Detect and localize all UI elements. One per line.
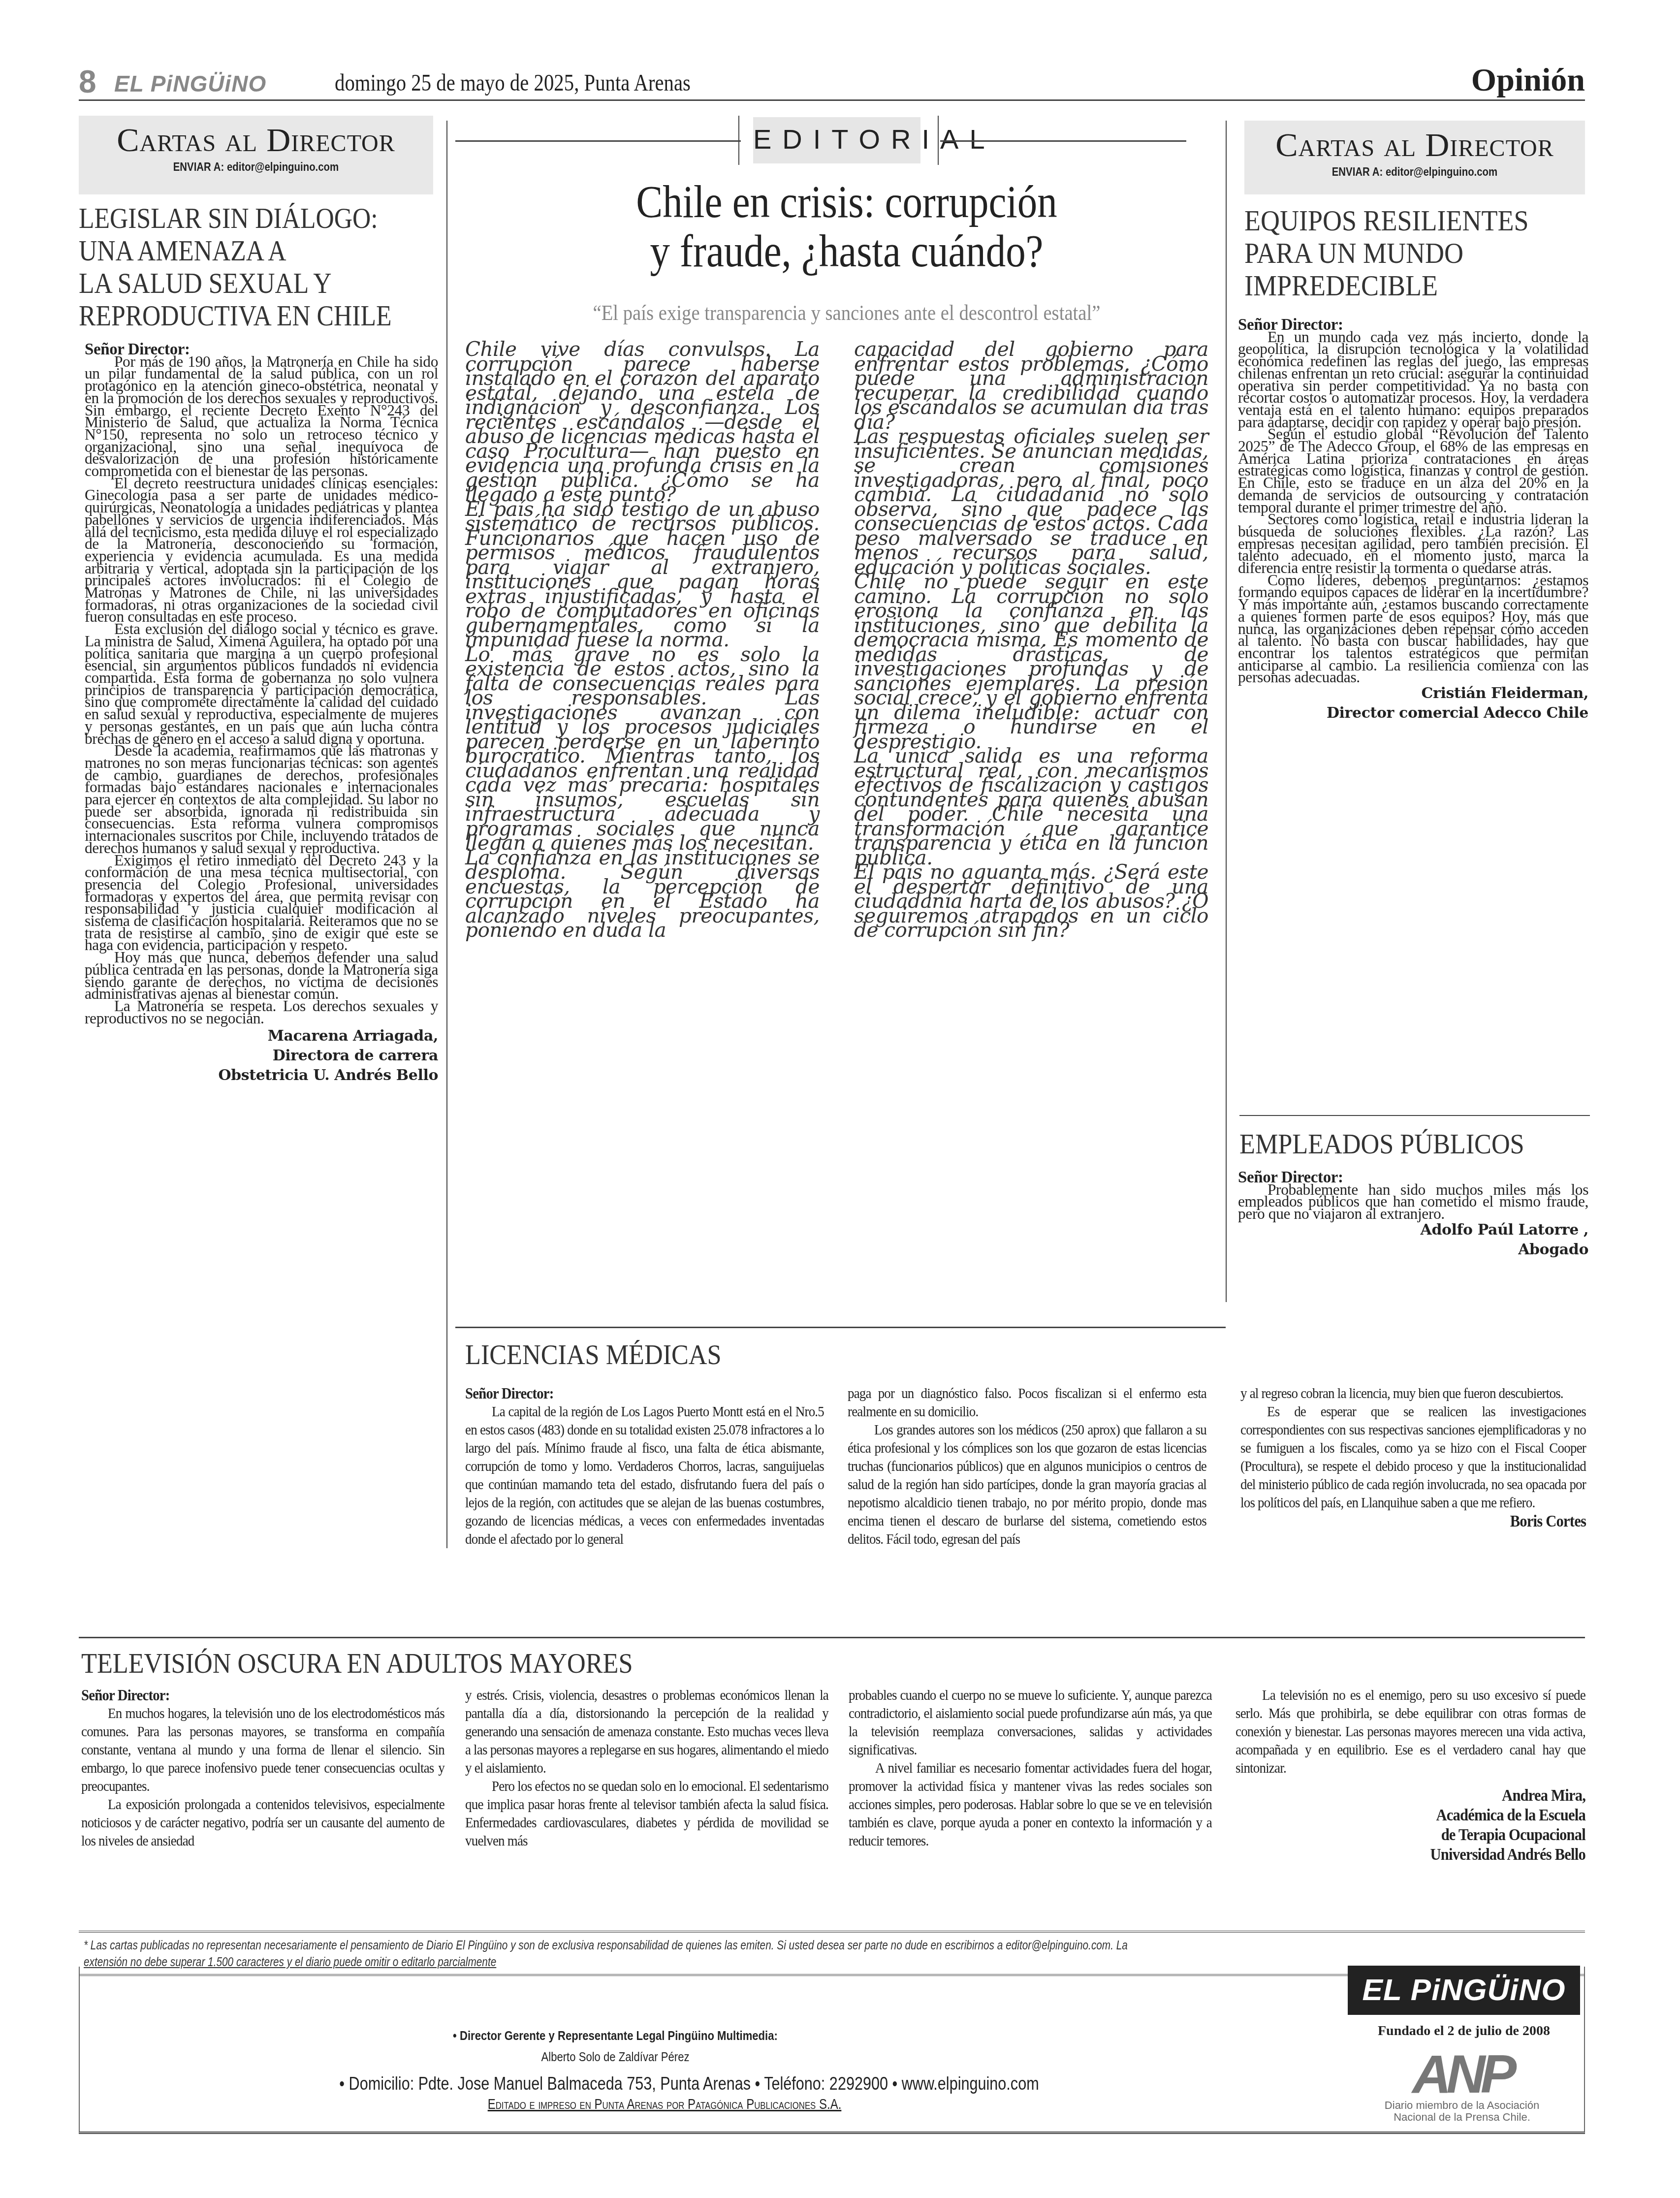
signature-line: Andrea Mira,	[1236, 1786, 1585, 1806]
signature: Adolfo Paúl Latorre , Abogado	[1238, 1220, 1588, 1260]
editorial-headline: Chile en crisis: corrupción y fraude, ¿h…	[525, 177, 1168, 276]
letter-body-legislar: Señor Director: Por más de 190 años, la …	[85, 344, 438, 1085]
title-line: IMPREDECIBLE	[1244, 269, 1554, 302]
letter-divider	[1239, 1115, 1590, 1116]
paragraph: Los grandes autores son los médicos (250…	[848, 1421, 1206, 1548]
cartas-title: Cartas al Director	[1244, 126, 1585, 164]
editorial-column-2: capacidad del gobierno para enfrentar es…	[854, 342, 1208, 938]
paragraph: El decreto reestructura unidades clínica…	[85, 478, 438, 623]
letter-body-empleados: Señor Director: Probablemente han sido m…	[1238, 1172, 1588, 1260]
paragraph: Hoy más que nunca, debemos defender una …	[85, 952, 438, 1000]
paragraph: El país ha sido testigo de un abuso sist…	[465, 502, 820, 647]
paragraph: La capital de la región de Los Lagos Pue…	[465, 1402, 824, 1548]
disclaimer-line: * Las cartas publicadas no representan n…	[84, 1937, 1281, 1953]
editorial-rule-right	[940, 140, 1186, 142]
page-number: 8	[79, 64, 96, 100]
paragraph: Es de esperar que se realicen las invest…	[1240, 1402, 1586, 1512]
title-line: REPRODUCTIVA EN CHILE	[79, 299, 417, 332]
title-line: LEGISLAR SIN DIÁLOGO:	[79, 202, 417, 234]
paragraph: En un mundo cada vez más incierto, donde…	[1238, 331, 1588, 429]
editorial-bottom-rule	[455, 1327, 1226, 1328]
paragraph: Las respuestas oficiales suelen ser insu…	[854, 429, 1208, 574]
paragraph: La confianza en las instituciones se des…	[465, 851, 820, 938]
signature-line: Académica de la Escuela	[1236, 1806, 1585, 1825]
paragraph: Según el estudio global “Revolución del …	[1238, 428, 1588, 513]
paragraph: La Matronería se respeta. Los derechos s…	[85, 1000, 438, 1024]
cartas-email[interactable]: ENVIAR A: editor@elpinguino.com	[105, 160, 407, 174]
headline-line: Chile en crisis: corrupción	[525, 177, 1168, 226]
editorial-label: EDITORIAL	[753, 117, 920, 163]
tv-column-2: y estrés. Crisis, violencia, desastres o…	[465, 1686, 828, 1850]
editorial-rule-tick	[938, 116, 939, 165]
paragraph: paga por un diagnóstico falso. Pocos fis…	[848, 1384, 1206, 1421]
letter-title-empleados: EMPLEADOS PÚBLICOS	[1239, 1127, 1524, 1160]
date-place: domingo 25 de mayo de 2025, Punta Arenas	[335, 69, 691, 96]
paragraph: Como líderes, debemos preguntarnos: ¿est…	[1238, 574, 1588, 684]
section-title: Opinión	[1471, 62, 1585, 99]
licencias-column-1: Señor Director: La capital de la región …	[465, 1384, 824, 1548]
letter-title-legislar: LEGISLAR SIN DIÁLOGO: UNA AMENAZA A LA S…	[79, 202, 417, 332]
page-header: 8 EL PiNGÜiNO domingo 25 de mayo de 2025…	[79, 62, 1585, 101]
paragraph: La televisión no es el enemigo, pero su …	[1236, 1686, 1585, 1777]
paragraph: Exigimos el retiro inmediato del Decreto…	[85, 855, 438, 952]
column-divider	[446, 121, 447, 1548]
founded-date: Fundado el 2 de julio de 2008	[1348, 2023, 1580, 2039]
signature-line: Adolfo Paúl Latorre ,	[1238, 1220, 1588, 1240]
headline-line: y fraude, ¿hasta cuándo?	[525, 226, 1168, 276]
printer-line: Editado e impreso en Punta Arenas por Pa…	[369, 2096, 960, 2113]
cartas-box-left: Cartas al Director ENVIAR A: editor@elpi…	[79, 116, 433, 194]
paragraph: Por más de 190 años, la Matronería en Ch…	[85, 356, 438, 478]
brand-logo: EL PiNGÜiNO	[114, 70, 266, 97]
signature: Cristián Fleiderman, Director comercial …	[1238, 684, 1588, 723]
paragraph: Pero los efectos no se quedan solo en lo…	[465, 1777, 828, 1850]
paragraph: Chile vive días convulsos. La corrupción…	[465, 342, 820, 502]
editorial-subtitle: “El país exige transparencia y sanciones…	[509, 300, 1185, 325]
paragraph: y al regreso cobran la licencia, muy bie…	[1240, 1384, 1586, 1402]
editorial-rule-left	[455, 140, 741, 142]
title-line: LA SALUD SEXUAL Y	[79, 267, 417, 299]
signature: Boris Cortes	[1240, 1512, 1586, 1531]
title-line: UNA AMENAZA A	[79, 234, 417, 267]
letter-title-television: TELEVISIÓN OSCURA EN ADULTOS MAYORES	[81, 1647, 633, 1680]
paragraph: Chile no puede seguir en este camino. La…	[854, 574, 1208, 749]
signature-line: Universidad Andrés Bello	[1236, 1845, 1585, 1865]
salutation: Señor Director:	[465, 1384, 824, 1402]
title-line: PARA UN MUNDO	[1244, 237, 1554, 269]
anp-caption-line: Diario miembro de la Asociación	[1359, 2100, 1565, 2111]
paragraph: Esta exclusión del diálogo social y técn…	[85, 623, 438, 745]
signature-line: Directora de carrera	[85, 1046, 438, 1066]
editorial-rule-tick	[738, 116, 739, 165]
paragraph: Probablemente han sido muchos miles más …	[1238, 1184, 1588, 1220]
tv-column-4: La televisión no es el enemigo, pero su …	[1236, 1686, 1585, 1865]
letter-body-equipos: Señor Director: En un mundo cada vez más…	[1238, 319, 1588, 723]
editorial-column-1: Chile vive días convulsos. La corrupción…	[465, 342, 820, 938]
column-divider	[1226, 121, 1227, 1302]
letter-title-equipos: EQUIPOS RESILIENTES PARA UN MUNDO IMPRED…	[1244, 204, 1554, 302]
paragraph: Desde la academia, reafirmamos que las m…	[85, 745, 438, 854]
paragraph: capacidad del gobierno para enfrentar es…	[854, 342, 1208, 429]
paragraph: La exposición prolongada a contenidos te…	[81, 1795, 444, 1850]
cartas-email[interactable]: ENVIAR A: editor@elpinguino.com	[1270, 165, 1559, 179]
signature-line: Cristián Fleiderman,	[1238, 684, 1588, 703]
signature-line: Macarena Arriagada,	[85, 1026, 438, 1046]
signature-line: Director comercial Adecco Chile	[1238, 703, 1588, 723]
address-line[interactable]: • Domicilio: Pdte. Jose Manuel Balmaceda…	[229, 2073, 1149, 2094]
paragraph: El país no aguanta más. ¿Será este el de…	[854, 865, 1208, 938]
anp-logo-icon: ANP	[1398, 2043, 1526, 2105]
paragraph: y estrés. Crisis, violencia, desastres o…	[465, 1686, 828, 1777]
title-line: EQUIPOS RESILIENTES	[1244, 204, 1554, 237]
paragraph: Sectores como logística, retail e indust…	[1238, 513, 1588, 574]
section-divider	[79, 1637, 1585, 1638]
cartas-title: Cartas al Director	[79, 121, 433, 159]
letter-title-licencias: LICENCIAS MÉDICAS	[465, 1338, 722, 1371]
paragraph: Lo más grave no es solo la existencia de…	[465, 647, 820, 851]
tv-column-1: Señor Director: En muchos hogares, la te…	[81, 1686, 444, 1850]
licencias-column-2: paga por un diagnóstico falso. Pocos fis…	[848, 1384, 1206, 1548]
tv-column-3: probables cuando el cuerpo no se mueve l…	[849, 1686, 1212, 1850]
cartas-box-right: Cartas al Director ENVIAR A: editor@elpi…	[1244, 121, 1585, 194]
paragraph: A nivel familiar es necesario fomentar a…	[849, 1759, 1212, 1850]
paragraph: probables cuando el cuerpo no se mueve l…	[849, 1686, 1212, 1759]
salutation: Señor Director:	[81, 1686, 444, 1704]
paragraph: En muchos hogares, la televisión uno de …	[81, 1704, 444, 1795]
anp-caption: Diario miembro de la Asociación Nacional…	[1359, 2100, 1565, 2123]
director-label: • Director Gerente y Representante Legal…	[260, 2028, 971, 2043]
director-name: Alberto Solo de Zaldívar Pérez	[260, 2049, 971, 2065]
footer-logo: EL PiNGÜiNO	[1348, 1966, 1580, 2015]
paragraph: La única salida es una reforma estructur…	[854, 749, 1208, 865]
signature-line: Abogado	[1238, 1240, 1588, 1260]
signature: Andrea Mira, Académica de la Escuela de …	[1236, 1786, 1585, 1865]
signature: Macarena Arriagada, Directora de carrera…	[85, 1026, 438, 1085]
anp-caption-line: Nacional de la Prensa Chile.	[1359, 2111, 1565, 2123]
licencias-column-3: y al regreso cobran la licencia, muy bie…	[1240, 1384, 1586, 1531]
signature-line: Obstetricia U. Andrés Bello	[85, 1066, 438, 1085]
signature-line: de Terapia Ocupacional	[1236, 1825, 1585, 1845]
signature-line: Boris Cortes	[1240, 1512, 1586, 1531]
